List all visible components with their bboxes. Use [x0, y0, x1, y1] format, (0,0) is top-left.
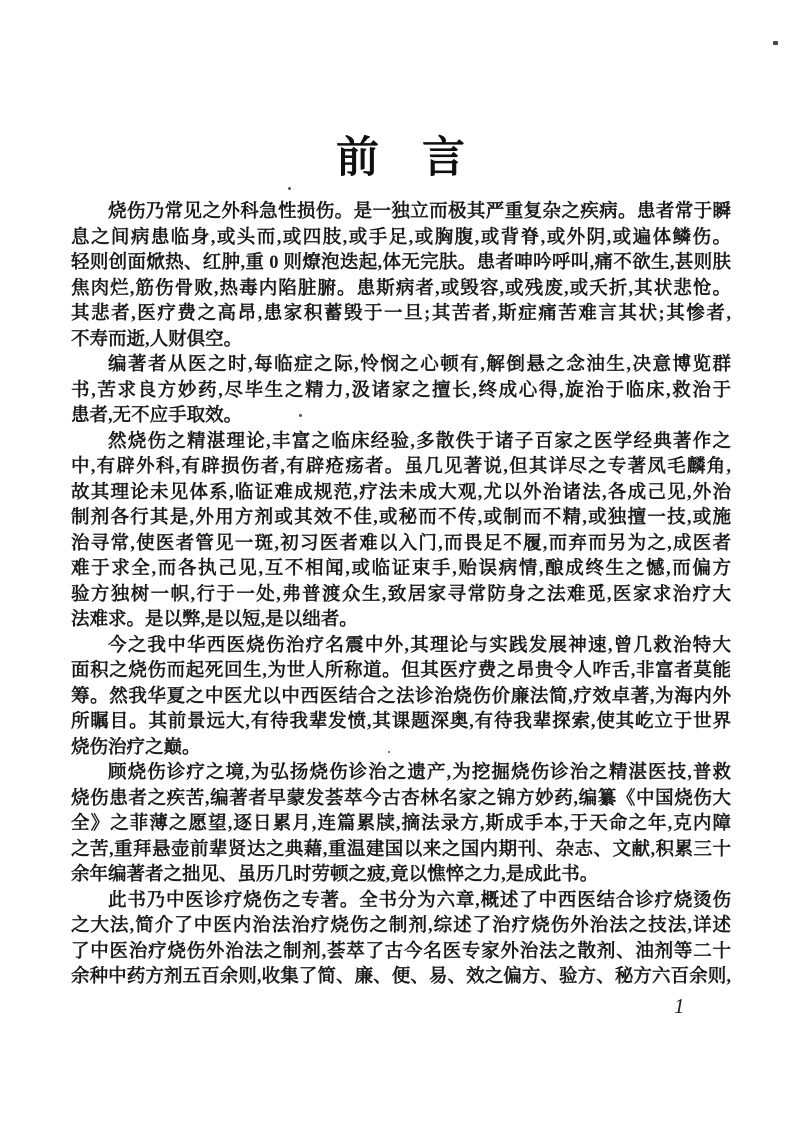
text-line: 治寻常,使医者管见一斑,初习医者难以入门,而畏足不履,而弃而另为之,成医者 — [71, 532, 731, 558]
text-line: 难于求全,而各执己见,互不相闻,或临证束手,贻误病情,酿成终生之憾,而偏方 — [71, 557, 731, 583]
text-line: 制剂各行其是,外用方剂或其效不佳,或秘而不传,或制而不精,或独擅一技,或施 — [71, 506, 731, 532]
page-title: 前 言 — [0, 124, 801, 185]
text-line: 编著者从医之时,每临症之际,怜悯之心顿有,解倒悬之念油生,决意博览群 — [71, 353, 731, 379]
text-line: 面积之烧伤而起死回生,为世人所称道。但其医疗费之昂贵令人咋舌,非富者莫能 — [71, 659, 731, 685]
text-line: 书,苦求良方妙药,尽毕生之精力,汲诸家之擅长,终成心得,旋治于临床,救治于 — [71, 379, 731, 405]
text-line: 然烧伤之精湛理论,丰富之临床经验,多散佚于诸子百家之医学经典著作之 — [71, 430, 731, 456]
preface-body: 烧伤乃常见之外科急性损伤。是一独立而极其严重复杂之疾病。患者常于瞬息之间病患临身… — [71, 200, 731, 991]
text-line: 今之我中华西医烧伤治疗名震中外,其理论与实践发展神速,曾几救治特大 — [71, 634, 731, 660]
text-line: 之苦,重拜悬壶前辈贤达之典藉,重温建国以来之国内期刊、杂志、文献,积累三十 — [71, 838, 731, 864]
text-line: 不寿而逝,人财俱空。 — [71, 328, 731, 354]
text-line: 了中医治疗烧伤外治法之制剂,荟萃了古今名医专家外治法之散剂、油剂等二十 — [71, 940, 731, 966]
text-line: 烧伤治疗之巅。 — [71, 736, 731, 762]
text-line: 筹。然我华夏之中医尤以中西医结合之法诊治烧伤价廉法简,疗效卓著,为海内外 — [71, 685, 731, 711]
book-page: 前 言 烧伤乃常见之外科急性损伤。是一独立而极其严重复杂之疾病。患者常于瞬息之间… — [0, 0, 801, 1122]
text-line: 法难求。是以弊,是以短,是以绌者。 — [71, 608, 731, 634]
scan-speck — [773, 41, 778, 45]
text-line: 所瞩目。其前景远大,有待我辈发愤,其课题深奥,有待我辈探索,使其屹立于世界 — [71, 710, 731, 736]
text-line: 验方独树一帜,行于一处,弗普渡众生,致居家寻常防身之法难觅,医家求治疗大 — [71, 583, 731, 609]
page-number: 1 — [674, 994, 685, 1019]
text-line: 故其理论未见体系,临证难成规范,疗法未成大观,尤以外治诸法,各成己见,外治 — [71, 481, 731, 507]
text-line: 余年编著者之拙见、虽历几时劳顿之疲,竟以憔悴之力,是成此书。 — [71, 863, 731, 889]
scan-speck — [299, 414, 302, 417]
text-line: 轻则创面焮热、红肿,重 0 则燎泡迭起,体无完肤。患者呻吟呼叫,痛不欲生,甚则肤 — [71, 251, 731, 277]
text-line: 中,有辟外科,有辟损伤者,有辟疮疡者。虽几见著说,但其详尽之专著凤毛麟角, — [71, 455, 731, 481]
text-line: 此书乃中医诊疗烧伤之专著。全书分为六章,概述了中西医结合诊疗烧烫伤 — [71, 889, 731, 915]
text-line: 其悲者,医疗费之高昂,患家积蓄毁于一旦;其苦者,斯症痛苦难言其状;其惨者, — [71, 302, 731, 328]
text-line: 全》之菲薄之愿望,逐日累月,连篇累牍,摘法录方,斯成手本,于天命之年,克内障 — [71, 812, 731, 838]
text-line: 烧伤患者之疾苦,编著者早蒙发荟萃今古杏林名家之锦方妙药,编纂《中国烧伤大 — [71, 787, 731, 813]
text-line: 顾烧伤诊疗之境,为弘扬烧伤诊治之遗产,为挖掘烧伤诊治之精湛医技,普救 — [71, 761, 731, 787]
text-line: 息之间病患临身,或头而,或四肢,或手足,或胸腹,或背脊,或外阴,或遍体鳞伤。 — [71, 226, 731, 252]
text-line: 焦肉烂,筋伤骨败,热毒内陷脏腑。患斯病者,或毁容,或残废,或夭折,其状悲怆。 — [71, 277, 731, 303]
text-line: 之大法,简介了中医内治法治疗烧伤之制剂,综述了治疗烧伤外治法之技法,详述 — [71, 914, 731, 940]
scan-speck — [288, 187, 291, 190]
scan-speck — [388, 751, 390, 753]
text-line: 患者,无不应手取效。 — [71, 404, 731, 430]
text-line: 余种中药方剂五百余则,收集了简、廉、便、易、效之偏方、验方、秘方六百余则,编 — [71, 965, 731, 991]
text-line: 烧伤乃常见之外科急性损伤。是一独立而极其严重复杂之疾病。患者常于瞬 — [71, 200, 731, 226]
